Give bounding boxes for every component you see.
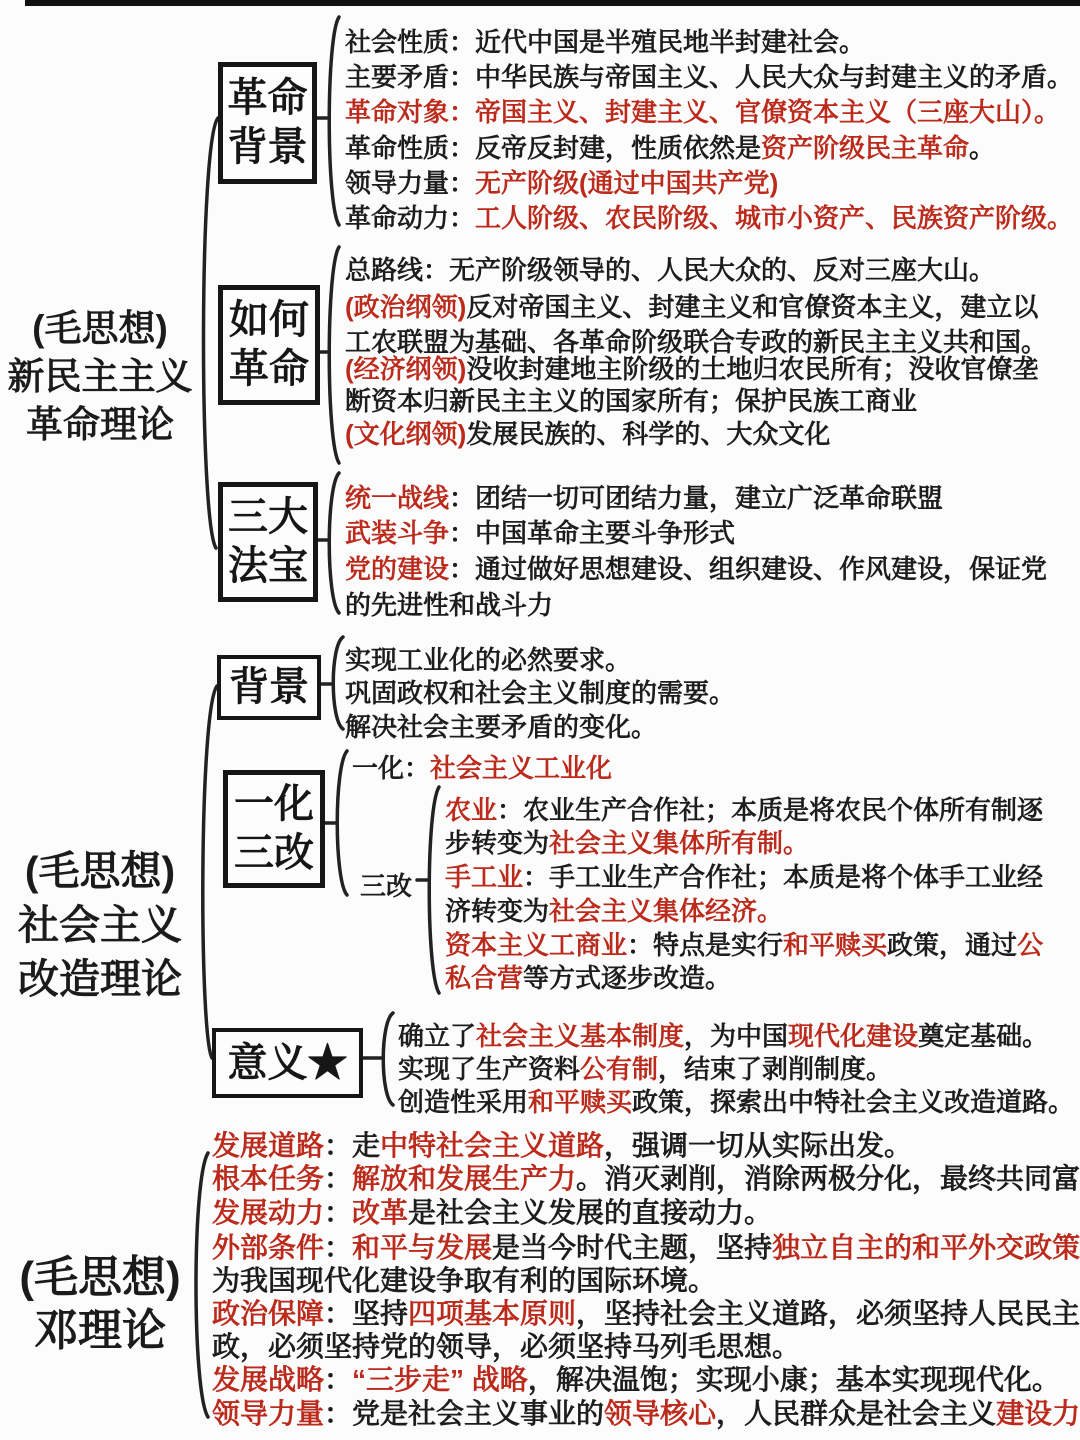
brace-section2 [203, 686, 217, 1058]
item-gongshangye: 资本主义工商业：特点是实行和平赎买政策，通过公 [445, 925, 1043, 962]
brace-section1 [203, 118, 218, 548]
node-geming-beijing: 革命 背景 [218, 62, 317, 184]
brace-sangai-items [429, 787, 439, 993]
brace-ruhe-geming [329, 247, 339, 463]
brace-beijing2 [333, 637, 343, 729]
item-gongyehua: 实现工业化的必然要求。 [345, 640, 631, 677]
node-yiyi: 意义★ [212, 1028, 363, 1098]
mindmap-canvas: (毛思想) 新民主主义 革命理论 (毛思想) 社会主义 改造理论 (毛思想) 邓… [0, 0, 1080, 1440]
item-zhuyao-maodun: 主要矛盾：中华民族与帝国主义、人民大众与封建主义的矛盾。 [345, 57, 1073, 94]
item-zhengzhi-gangling: (政治纲领)反对帝国主义、封建主义和官僚资本主义，建立以 [345, 287, 1038, 324]
label-sangai: 三改 [360, 866, 412, 903]
item-lingdao-liliang-deng: 领导力量：党是社会主义事业的领导核心，人民群众是社会主义建设力量 [212, 1392, 1080, 1432]
item-nongye-2: 步转变为社会主义集体所有制。 [445, 823, 809, 860]
item-shougongye-2: 济转变为社会主义集体经济。 [445, 891, 783, 928]
node-label-line: 三大 [228, 493, 308, 542]
item-wuzhuang-douzheng: 武装斗争：中国革命主要斗争形式 [345, 513, 735, 550]
top-border-line [25, 0, 1080, 6]
item-yiyi-1: 确立了社会主义基本制度，为中国现代化建设奠定基础。 [398, 1016, 1048, 1053]
item-geming-duixiang: 革命对象：帝国主义、封建主义、官僚资本主义（三座大山）。 [345, 92, 1060, 129]
item-yiyi-2: 实现了生产资料公有制，结束了剥削制度。 [398, 1049, 892, 1086]
brace-yihua-sangai [337, 751, 347, 895]
item-nongye: 农业：农业生产合作社；本质是将农民个体所有制逐 [445, 790, 1043, 827]
section1-title-line: 革命理论 [0, 394, 200, 448]
node-label-line: 如何 [229, 296, 309, 345]
item-gonggu-zhengquan: 巩固政权和社会主义制度的需要。 [345, 673, 735, 710]
section1-title-line: 新民主主义 [0, 346, 200, 400]
item-yihua: 一化：社会主义工业化 [352, 748, 612, 785]
node-yihua-sangai: 一化 三改 [223, 770, 325, 888]
node-label-line: 三改 [234, 829, 314, 878]
node-label-line: 革命 [229, 345, 309, 394]
node-label-line: 法宝 [228, 542, 308, 591]
item-tongyi-zhanxian: 统一战线：团结一切可团结力量，建立广泛革命联盟 [345, 478, 943, 515]
item-dangde-jianshe-2: 的先进性和战斗力 [345, 585, 553, 622]
item-gongshangye-2: 私合营等方式逐步改造。 [445, 958, 731, 995]
node-label-line: 意义★ [228, 1039, 348, 1088]
item-shougongye: 手工业：手工业生产合作社；本质是将个体手工业经 [445, 857, 1043, 894]
node-sanda-fabao: 三大 法宝 [218, 482, 318, 602]
node-label-line: 背景 [229, 663, 309, 712]
item-lingdao-liliang: 领导力量：无产阶级(通过中国共产党) [345, 163, 778, 200]
node-label-line: 背景 [228, 123, 308, 172]
node-label-line: 一化 [234, 780, 314, 829]
section2-title-line: (毛思想) [0, 838, 200, 897]
item-zongluxian: 总路线：无产阶级领导的、人民大众的、反对三座大山。 [345, 250, 995, 287]
item-fazhan-dongli: 发展动力：改革是社会主义发展的直接动力。 [212, 1191, 772, 1231]
brace-yiyi [383, 1013, 393, 1105]
item-jingji-gangling-2: 断资本归新民主主义的国家所有；保护民族工商业 [345, 381, 917, 418]
item-jiejue-maodun: 解决社会主要矛盾的变化。 [345, 707, 657, 744]
item-geming-dongli: 革命动力：工人阶级、农民阶级、城市小资产、民族资产阶级。 [345, 198, 1073, 235]
item-shehui-xingzhi: 社会性质：近代中国是半殖民地半封建社会。 [345, 22, 865, 59]
item-geming-xingzhi: 革命性质：反帝反封建，性质依然是资产阶级民主革命。 [345, 128, 995, 165]
section2-title-line: 社会主义 [0, 892, 200, 951]
section3-title-line: 邓理论 [0, 1294, 200, 1358]
node-label-line: 革命 [228, 74, 308, 123]
node-ruhe-geming: 如何 革命 [218, 285, 320, 405]
node-beijing2: 背景 [217, 655, 321, 720]
section1-title-line: (毛思想) [0, 298, 200, 352]
item-wenhua-gangling: (文化纲领)发展民族的、科学的、大众文化 [345, 414, 830, 451]
brace-geming-beijing [329, 17, 339, 225]
section2-title-line: 改造理论 [0, 946, 200, 1005]
brace-sanda-fabao [329, 473, 339, 613]
item-yiyi-3: 创造性采用和平赎买政策，探索出中特社会主义改造道路。 [398, 1082, 1074, 1119]
item-dangde-jianshe: 党的建设：通过做好思想建设、组织建设、作风建设，保证党 [345, 549, 1047, 586]
